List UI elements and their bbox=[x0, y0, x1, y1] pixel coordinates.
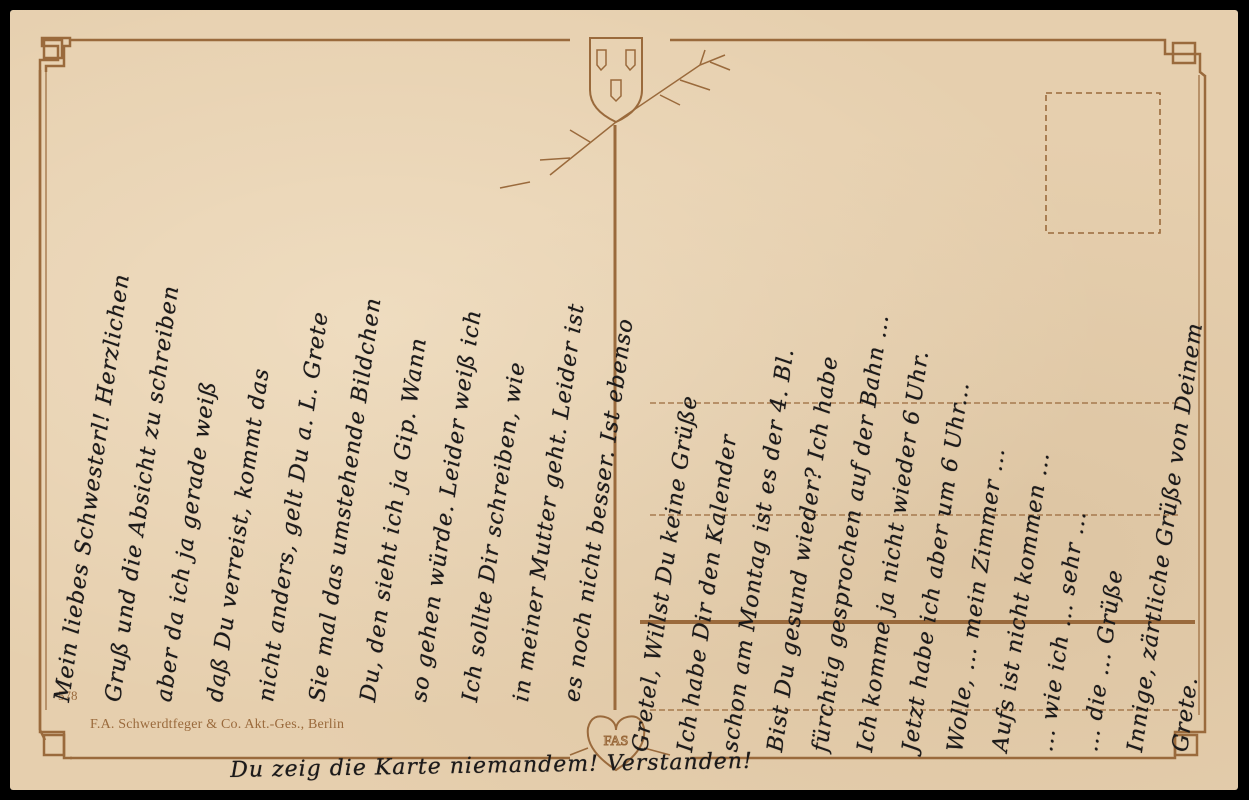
monogram-text: FAS bbox=[604, 734, 629, 749]
publisher-imprint: F.A. Schwerdtfeger & Co. Akt.-Ges., Berl… bbox=[90, 717, 344, 733]
postcard: FAS 578 F.A. Schwerdtfeger & Co. Akt.-Ge… bbox=[10, 10, 1238, 790]
stamp-box-icon bbox=[1046, 93, 1160, 233]
